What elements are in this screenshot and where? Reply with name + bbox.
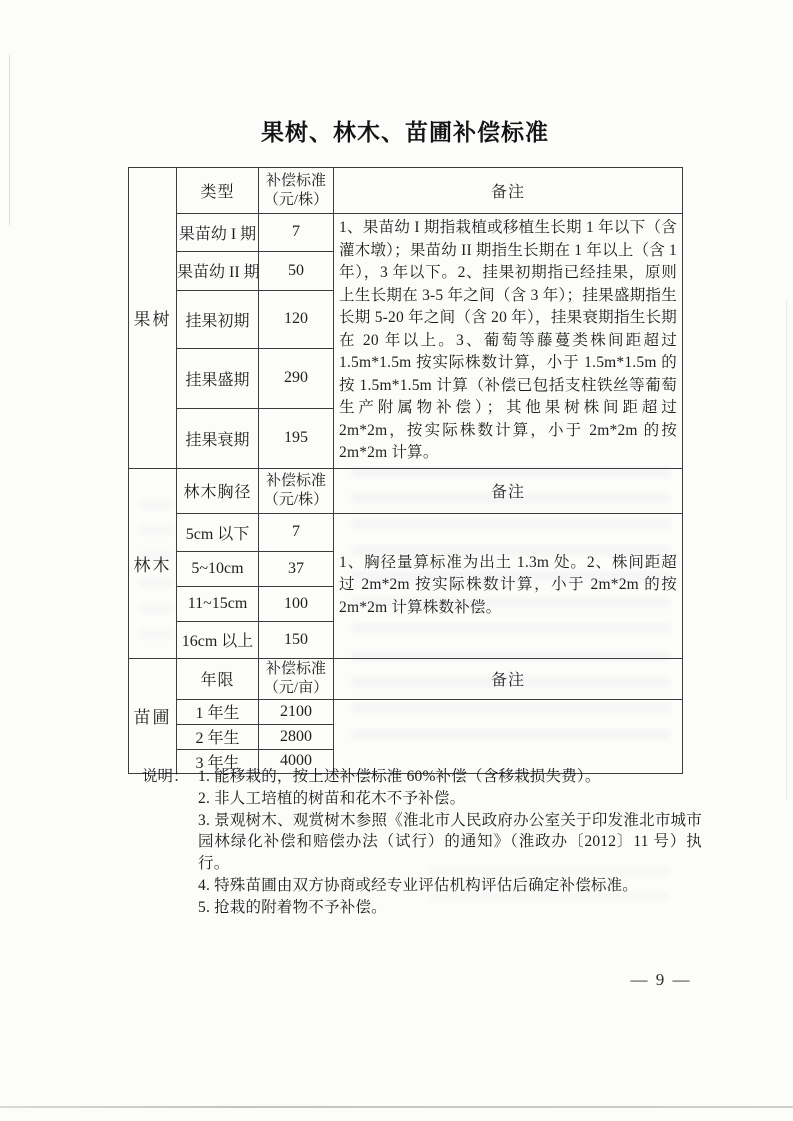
category-cell: 林木 [129,468,177,658]
standard-header-line2: （元/亩） [259,679,333,698]
standard-header-line2: （元/株） [259,491,333,510]
notes-label: 说明： [142,766,189,788]
standard-column-header: 补偿标准 （元/株） [259,168,334,214]
note-item: 1. 能移栽的，按上述补偿标准 60%补偿（含移栽损失费）。 [198,766,702,788]
standard-header-line1: 补偿标准 [259,172,333,191]
standard-header-line1: 补偿标准 [259,472,333,491]
standard-column-header: 补偿标准 （元/亩） [259,658,334,699]
paper-right-edge [786,300,787,800]
type-cell: 果苗幼 I 期 [177,214,259,252]
table-row: 苗圃 年限 补偿标准 （元/亩） 备注 [129,658,683,699]
remark-column-header: 备注 [334,468,683,513]
standard-cell: 37 [259,551,334,586]
note-item: 5. 抢栽的附着物不予补偿。 [198,897,702,919]
remark-cell: 1、果苗幼 I 期指栽植或移植生长期 1 年以下（含灌木墩）；果苗幼 II 期指… [334,214,683,469]
type-cell: 挂果盛期 [177,348,259,408]
page-number: — 9 — [616,970,706,990]
type-cell: 5cm 以下 [177,513,259,551]
standard-cell: 120 [259,291,334,348]
compensation-table: 果树 类型 补偿标准 （元/株） 备注 果苗幼 I 期 7 1、果苗幼 I 期指… [128,167,682,774]
standard-cell: 195 [259,409,334,468]
remark-column-header: 备注 [334,658,683,699]
notes-block: 说明： 1. 能移栽的，按上述补偿标准 60%补偿（含移栽损失费）。 2. 非人… [142,766,702,919]
standard-column-header: 补偿标准 （元/株） [259,468,334,513]
type-column-header: 类型 [177,168,259,214]
table-row: 1 年生 2100 [129,699,683,724]
table-row: 果苗幼 I 期 7 1、果苗幼 I 期指栽植或移植生长期 1 年以下（含灌木墩）… [129,214,683,252]
table-section-nursery: 苗圃 年限 补偿标准 （元/亩） 备注 1 年生 2100 2 年生 2800 … [128,658,683,774]
table-row: 果树 类型 补偿标准 （元/株） 备注 [129,168,683,214]
type-cell: 5~10cm [177,551,259,586]
table-row: 5cm 以下 7 1、胸径量算标准为出土 1.3m 处。2、株间距超过 2m*2… [129,513,683,551]
standard-cell: 290 [259,348,334,408]
type-cell: 挂果初期 [177,291,259,348]
standard-cell: 7 [259,513,334,551]
type-cell: 1 年生 [177,699,259,724]
type-cell: 16cm 以上 [177,621,259,658]
type-cell: 2 年生 [177,724,259,749]
standard-cell: 50 [259,251,334,291]
standard-cell: 100 [259,586,334,621]
document-page: 果树、林木、苗圃补偿标准 果树 类型 补偿标准 （元/株） 备注 果苗幼 I 期… [0,0,793,1121]
remark-cell: 1、胸径量算标准为出土 1.3m 处。2、株间距超过 2m*2m 按实际株数计算… [334,513,683,658]
note-item: 4. 特殊苗圃由双方协商或经专业评估机构评估后确定补偿标准。 [198,875,702,897]
type-cell: 挂果衰期 [177,409,259,468]
type-column-header: 年限 [177,658,259,699]
standard-header-line2: （元/株） [259,191,333,210]
table-section-forest-trees: 林木 林木胸径 补偿标准 （元/株） 备注 5cm 以下 7 1、胸径量算标准为… [128,468,683,659]
type-cell: 果苗幼 II 期 [177,251,259,291]
remark-cell [334,699,683,773]
page-title: 果树、林木、苗圃补偿标准 [128,114,682,147]
category-cell: 果树 [129,168,177,469]
standard-cell: 2100 [259,699,334,724]
standard-cell: 2800 [259,724,334,749]
paper-bottom-edge [0,1106,793,1108]
note-item: 3. 景观树木、观赏树木参照《淮北市人民政府办公室关于印发淮北市城市园林绿化补偿… [198,810,702,875]
type-cell: 11~15cm [177,586,259,621]
type-column-header: 林木胸径 [177,468,259,513]
standard-cell: 150 [259,621,334,658]
remark-column-header: 备注 [334,168,683,214]
table-row: 林木 林木胸径 补偿标准 （元/株） 备注 [129,468,683,513]
category-cell: 苗圃 [129,658,177,773]
standard-header-line1: 补偿标准 [259,660,333,679]
paper-left-edge [9,55,10,225]
table-section-fruit-trees: 果树 类型 补偿标准 （元/株） 备注 果苗幼 I 期 7 1、果苗幼 I 期指… [128,167,683,469]
note-item: 2. 非人工培植的树苗和花木不予补偿。 [198,788,702,810]
standard-cell: 7 [259,214,334,252]
